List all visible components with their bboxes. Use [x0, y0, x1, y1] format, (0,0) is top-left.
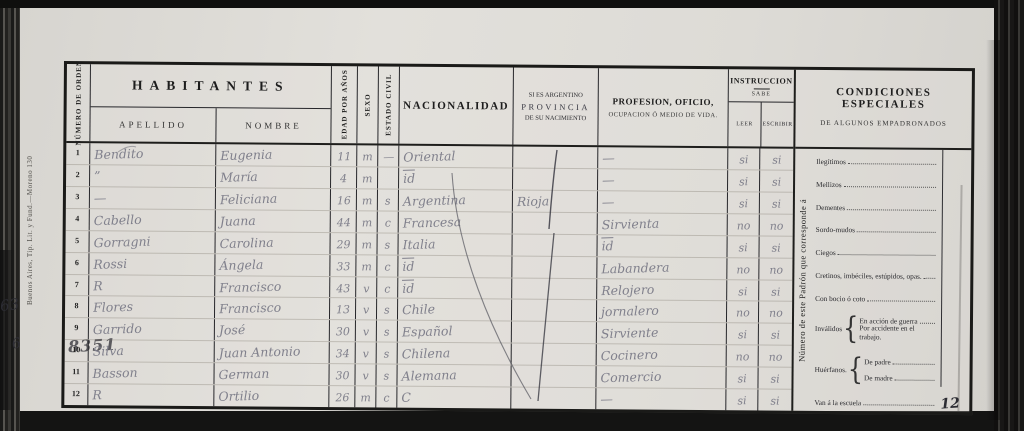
cell-provincia: [511, 366, 596, 388]
handwritten-entry: Silva: [93, 343, 124, 359]
handwritten-entry: 33: [336, 260, 350, 273]
handwritten-entry: Comercio: [600, 369, 661, 386]
dotted-leader: [895, 379, 935, 380]
cell-estado: [378, 167, 399, 188]
dotted-leader: [847, 209, 936, 211]
handwritten-entry: m: [361, 260, 372, 273]
cell-nacionalidad: Chilena: [398, 343, 512, 365]
col-header-escribir: ESCRIBIR: [761, 102, 793, 146]
cell-provincia: [512, 344, 597, 366]
handwritten-entry: v: [363, 282, 370, 295]
cell-escribir: si: [758, 390, 791, 411]
cell-edad: 30: [330, 320, 356, 341]
cell-apellido: R: [89, 275, 215, 297]
table-header: NÚMERO DE ORDEN HABITANTES APELLIDO NOMB…: [66, 64, 794, 149]
cell-apellido: ”: [90, 165, 216, 187]
table-main-section: NÚMERO DE ORDEN HABITANTES APELLIDO NOMB…: [64, 64, 796, 411]
cell-escribir: si: [759, 324, 792, 345]
dotted-leader: [893, 363, 935, 364]
handwritten-entry: no: [735, 350, 749, 363]
cell-escribir: si: [760, 170, 793, 191]
col-header-sexo: SEXO: [357, 66, 379, 143]
handwritten-entry: m: [362, 150, 373, 163]
cell-edad: 43: [330, 277, 356, 298]
cell-provincia: [512, 300, 597, 322]
cell-nombre: Juana: [216, 210, 331, 232]
col-header-profesion: PROFESION, OFICIO, OCUPACION Ó MEDIO DE …: [598, 68, 729, 146]
cell-num: 9: [65, 318, 89, 339]
handwritten-entry: Rioja: [517, 193, 550, 209]
handwritten-entry: si: [739, 197, 749, 210]
handwritten-entry: —: [602, 194, 615, 209]
handwritten-entry: 30: [335, 369, 349, 382]
handwritten-entry: si: [738, 241, 748, 254]
cell-edad: 30: [329, 364, 355, 385]
handwritten-entry: Eugenia: [220, 147, 272, 163]
cell-nombre: Carolina: [215, 232, 330, 254]
cell-nombre: Eugenia: [216, 144, 331, 166]
cell-edad: 16: [331, 189, 357, 210]
cell-escribir: no: [760, 214, 793, 235]
cell-provincia: [513, 147, 598, 169]
cell-edad: 44: [331, 211, 357, 232]
cell-estado: s: [377, 343, 398, 364]
condition-item: Ciegos: [815, 245, 937, 258]
margin-scribble: 63: [0, 295, 20, 315]
cell-provincia: [512, 278, 597, 300]
scan-edge-top: [0, 0, 1024, 8]
cell-nombre: Feliciana: [216, 188, 331, 210]
cell-nombre: Ángela: [215, 254, 330, 276]
cell-profesion: Cocinero: [597, 344, 727, 366]
cell-apellido: Garrido: [89, 319, 215, 341]
habitantes-title: HABITANTES: [91, 64, 331, 109]
handwritten-entry: Español: [402, 324, 453, 340]
handwritten-entry: si: [737, 372, 747, 385]
cell-estado: s: [377, 233, 398, 254]
col-header-edad: EDAD POR AÑOS: [331, 66, 358, 143]
cell-nombre: José: [215, 320, 330, 342]
handwritten-entry: id: [601, 238, 613, 253]
handwritten-entry: m: [360, 391, 371, 404]
condition-item: Por accidente en el trabajo.: [859, 332, 937, 342]
handwritten-entry: v: [363, 326, 370, 339]
cell-sexo: v: [356, 277, 377, 298]
cell-leer: si: [728, 192, 760, 213]
cell-profesion: id: [597, 235, 727, 257]
handwritten-school-count: 12: [939, 395, 959, 412]
handwritten-entry: s: [384, 304, 390, 317]
handwritten-entry: —: [383, 150, 394, 163]
scanned-census-page: Buenos Aires, Tip. Lit. y Fund.—Moreno 1…: [0, 0, 1024, 431]
condition-item: De madre: [864, 373, 937, 383]
padron-vertical-label: Número de este Padrón que corresponde á: [796, 149, 812, 411]
handwritten-entry: ”: [94, 168, 101, 183]
handwritten-entry: —: [602, 172, 615, 187]
handwritten-entry: s: [384, 348, 390, 361]
handwritten-entry: Basson: [92, 365, 137, 381]
cell-leer: no: [727, 258, 759, 279]
handwritten-entry: 4: [340, 172, 347, 185]
col-header-estado-civil: ESTADO CIVIL: [378, 66, 400, 143]
handwritten-entry: Ortilio: [218, 388, 259, 404]
condiciones-body: Número de este Padrón que corresponde á …: [793, 149, 971, 412]
cell-nacionalidad: id: [398, 255, 512, 277]
table-body: 1BenditoEugenia11m—Oriental—sisi2”María4…: [64, 143, 793, 411]
cell-num: 12: [64, 384, 88, 405]
cell-sexo: m: [357, 189, 378, 210]
cell-nombre: Ortilio: [214, 385, 329, 407]
cell-nacionalidad: id: [398, 277, 512, 299]
condiciones-column: CONDICIONES ESPECIALES DE ALGUNOS EMPADR…: [793, 70, 972, 412]
cell-sexo: v: [356, 299, 377, 320]
cell-sexo: m: [356, 255, 377, 276]
cell-num: 5: [66, 231, 90, 252]
handwritten-entry: m: [361, 238, 372, 251]
cell-estado: c: [377, 255, 398, 276]
condition-item: Van á la escuela: [814, 395, 936, 408]
cell-nacionalidad: Francesa: [399, 211, 513, 233]
cell-sexo: m: [355, 386, 376, 407]
binding-shadow: [0, 250, 16, 410]
cell-provincia: [513, 212, 598, 234]
cell-profesion: —: [596, 388, 726, 410]
dotted-leader: [844, 186, 936, 188]
condition-item: Dementes: [816, 199, 938, 212]
cell-sexo: v: [355, 365, 376, 386]
col-header-leer: LEER: [728, 102, 761, 146]
cell-apellido: Gorragni: [90, 231, 216, 253]
handwritten-entry: Labandera: [601, 259, 669, 276]
cell-num: 11: [64, 362, 88, 383]
handwritten-entry: si: [737, 394, 747, 407]
handwritten-entry: v: [362, 348, 369, 361]
cell-sexo: v: [356, 343, 377, 364]
handwritten-entry: Flores: [93, 299, 133, 315]
cell-nacionalidad: Argentina: [399, 189, 513, 211]
cell-apellido: Basson: [88, 362, 214, 384]
handwritten-entry: si: [771, 285, 781, 298]
cell-estado: —: [378, 145, 399, 166]
handwritten-entry: c: [384, 260, 391, 273]
cell-edad: 11: [331, 145, 357, 166]
handwritten-entry: si: [771, 329, 781, 342]
condition-item: Ilegítimos: [816, 154, 938, 167]
handwritten-entry: 43: [336, 282, 350, 295]
cell-estado: s: [378, 189, 399, 210]
cell-sexo: m: [357, 211, 378, 232]
handwritten-entry: v: [363, 304, 370, 317]
cell-escribir: no: [759, 346, 792, 367]
cell-nombre: María: [216, 166, 331, 188]
dotted-leader: [848, 163, 936, 165]
handwritten-entry: si: [772, 153, 782, 166]
handwritten-entry: si: [770, 373, 780, 386]
handwritten-entry: s: [384, 370, 390, 383]
cell-escribir: no: [759, 258, 792, 279]
handwritten-entry: m: [362, 172, 373, 185]
handwritten-entry: Juan Antonio: [219, 344, 301, 361]
cell-num: 7: [65, 275, 89, 296]
cell-apellido: Cabello: [90, 209, 216, 231]
cell-escribir: si: [759, 236, 792, 257]
handwritten-entry: Sirviente: [601, 325, 659, 342]
handwritten-entry: Cabello: [94, 212, 142, 228]
cell-sexo: m: [356, 233, 377, 254]
condition-item: Con bocio ó coto: [815, 291, 937, 304]
cell-profesion: —: [598, 147, 728, 169]
handwritten-entry: Cocinero: [601, 347, 658, 364]
handwritten-entry: si: [772, 197, 782, 210]
cell-apellido: Flores: [89, 297, 215, 319]
condition-item: Sordo-mudos: [816, 222, 938, 235]
cell-leer: si: [727, 324, 759, 345]
col-group-instruccion: INSTRUCCION SABE LEER ESCRIBIR: [728, 69, 794, 147]
handwritten-entry: si: [738, 329, 748, 342]
cell-provincia: [512, 234, 597, 256]
handwritten-entry: 44: [336, 216, 350, 229]
dotted-leader: [924, 278, 936, 279]
cell-nacionalidad: id: [399, 168, 513, 190]
cell-estado: s: [377, 321, 398, 342]
handwritten-entry: m: [362, 194, 373, 207]
handwritten-entry: si: [739, 175, 749, 188]
handwritten-entry: s: [385, 238, 391, 251]
cell-estado: c: [376, 387, 397, 408]
cell-num: 8: [65, 296, 89, 317]
cell-sexo: m: [357, 167, 378, 188]
cell-nombre: Francisco: [215, 298, 330, 320]
cell-profesion: jornalero: [597, 301, 727, 323]
handwritten-entry: Ángela: [219, 256, 263, 272]
cell-nacionalidad: Chile: [398, 299, 512, 321]
cell-edad: 13: [330, 299, 356, 320]
handwritten-entry: Argentina: [403, 192, 466, 209]
condiciones-items: IlegítimosMellizosDementesSordo-mudosCie…: [810, 149, 938, 412]
handwritten-entry: id: [403, 170, 415, 185]
cell-apellido: Silva: [89, 341, 215, 363]
handwritten-entry: s: [384, 326, 390, 339]
col-header-provincia: SI ES ARGENTINO PROVINCIA DE SU NACIMIEN…: [513, 68, 599, 146]
handwritten-entry: Gorragni: [93, 233, 150, 250]
cell-provincia: [512, 322, 597, 344]
cell-nacionalidad: C: [397, 387, 511, 409]
cell-estado: c: [377, 277, 398, 298]
cell-estado: c: [378, 211, 399, 232]
brace-glyph: {: [843, 311, 859, 346]
handwritten-entry: 34: [335, 347, 349, 360]
handwritten-entry: Feliciana: [220, 191, 278, 208]
cell-num: 6: [65, 253, 89, 274]
cell-num: 1: [66, 143, 90, 164]
cell-nacionalidad: Oriental: [399, 146, 513, 168]
cell-provincia: [513, 168, 598, 190]
condition-item: Cretinos, imbéciles, estúpidos, opas.: [815, 268, 937, 281]
cell-leer: si: [728, 170, 760, 191]
col-header-apellido: APELLIDO: [90, 107, 216, 142]
header-divider: [753, 88, 769, 89]
cell-nombre: Francisco: [215, 276, 330, 298]
handwritten-entry: Alemana: [401, 367, 457, 383]
handwritten-entry: 11: [337, 150, 351, 163]
condition-item: De padre: [864, 357, 937, 367]
handwritten-entry: 16: [336, 194, 350, 207]
handwritten-entry: c: [383, 392, 390, 405]
handwritten-entry: Chilena: [402, 345, 451, 361]
handwritten-entry: 29: [336, 238, 350, 251]
condition-group: Huérfanos.{De padreDe madre: [814, 354, 936, 385]
handwritten-entry: no: [769, 263, 783, 276]
cell-leer: si: [728, 148, 760, 169]
cell-profesion: Relojero: [597, 279, 727, 301]
cell-leer: si: [726, 367, 758, 388]
handwritten-entry: Francisco: [219, 278, 281, 295]
dotted-leader: [857, 232, 936, 234]
cell-apellido: Rossi: [89, 253, 215, 275]
cell-sexo: m: [357, 145, 378, 166]
handwritten-entry: Carolina: [219, 234, 273, 250]
condition-group: Inválidos{En acción de guerraPor acciden…: [815, 313, 937, 344]
handwritten-entry: 30: [335, 325, 349, 338]
cell-profesion: Comercio: [596, 366, 726, 388]
handwritten-entry: Oriental: [403, 148, 456, 164]
cell-profesion: —: [598, 191, 728, 213]
handwritten-entry: German: [218, 366, 269, 382]
cell-leer: si: [727, 236, 759, 257]
handwritten-entry: 26: [335, 391, 349, 404]
handwritten-entry: 13: [335, 303, 349, 316]
handwritten-entry: Juana: [220, 213, 256, 229]
handwritten-entry: id: [402, 280, 414, 295]
cell-estado: s: [376, 365, 397, 386]
cell-provincia: Rioja: [513, 190, 598, 212]
handwritten-entry: no: [769, 307, 783, 320]
handwritten-entry: jornalero: [601, 303, 659, 320]
cell-estado: s: [377, 299, 398, 320]
brace-glyph: {: [848, 352, 864, 387]
cell-num: 3: [66, 187, 90, 208]
cell-nacionalidad: Español: [398, 321, 512, 343]
handwritten-entry: —: [94, 190, 107, 205]
handwritten-entry: María: [220, 169, 258, 185]
cell-apellido: —: [90, 187, 216, 209]
cell-apellido: R: [88, 384, 214, 406]
handwritten-entry: si: [772, 175, 782, 188]
handwritten-entry: v: [362, 370, 369, 383]
cell-leer: no: [728, 214, 760, 235]
handwritten-entry: no: [736, 219, 750, 232]
cell-provincia: [512, 256, 597, 278]
handwritten-entry: Francesa: [403, 214, 462, 231]
handwritten-entry: m: [361, 216, 372, 229]
dotted-leader: [838, 254, 936, 256]
handwritten-entry: —: [602, 150, 615, 165]
handwritten-entry: Bendito: [94, 146, 144, 162]
handwritten-entry: Sirvienta: [602, 215, 660, 232]
cell-nombre: German: [214, 363, 329, 385]
handwritten-entry: Francisco: [219, 300, 281, 317]
col-header-nacionalidad: NACIONALIDAD: [399, 67, 514, 145]
dotted-leader: [867, 300, 935, 302]
handwritten-entry: c: [384, 282, 391, 295]
cell-provincia: [511, 388, 596, 410]
cell-leer: no: [727, 346, 759, 367]
handwritten-entry: Rossi: [93, 256, 127, 272]
handwritten-entry: Relojero: [601, 281, 654, 297]
handwritten-entry: José: [219, 322, 246, 338]
cell-nombre: Juan Antonio: [215, 341, 330, 363]
handwritten-entry: s: [385, 194, 391, 207]
col-header-numero-orden: NÚMERO DE ORDEN: [66, 64, 91, 141]
handwritten-entry: no: [736, 307, 750, 320]
cell-num: 2: [66, 165, 90, 186]
handwritten-entry: Italia: [402, 236, 435, 252]
census-table: NÚMERO DE ORDEN HABITANTES APELLIDO NOMB…: [61, 61, 975, 415]
col-header-nombre: NOMBRE: [216, 108, 330, 143]
handwritten-entry: R: [93, 278, 103, 293]
col-header-condiciones: CONDICIONES ESPECIALES DE ALGUNOS EMPADR…: [795, 70, 972, 150]
condiciones-answer-rule: [940, 150, 943, 387]
cell-sexo: v: [356, 321, 377, 342]
handwritten-entry: no: [769, 219, 783, 232]
cell-num: 10: [65, 340, 89, 361]
cell-edad: 34: [330, 342, 356, 363]
handwritten-entry: Chile: [402, 302, 435, 318]
cell-edad: 29: [330, 233, 356, 254]
page-edge-shadow: [986, 40, 1000, 420]
cell-escribir: no: [759, 302, 792, 323]
cell-leer: si: [727, 280, 759, 301]
handwritten-entry: c: [384, 216, 391, 229]
cell-escribir: si: [759, 280, 792, 301]
handwritten-entry: si: [738, 285, 748, 298]
cell-nacionalidad: Alemana: [397, 365, 511, 387]
handwritten-entry: R: [92, 387, 102, 402]
handwritten-entry: no: [736, 263, 750, 276]
handwritten-entry: si: [771, 241, 781, 254]
cell-escribir: si: [758, 368, 791, 389]
handwritten-entry: si: [770, 395, 780, 408]
cell-edad: 26: [329, 386, 355, 407]
cell-profesion: Sirvienta: [598, 213, 728, 235]
condition-item: Mellizos: [816, 177, 938, 190]
cell-profesion: Labandera: [597, 257, 727, 279]
handwritten-entry: si: [739, 153, 749, 166]
printer-imprint: Buenos Aires, Tip. Lit. y Fund.—Moreno 1…: [26, 140, 40, 320]
cell-profesion: —: [598, 169, 728, 191]
cell-apellido: Bendito: [90, 143, 216, 165]
handwritten-entry: —: [600, 391, 613, 406]
table-row: 12ROrtilio26mcC—sisi: [64, 384, 791, 411]
cell-escribir: si: [760, 192, 793, 213]
cell-edad: 4: [331, 167, 357, 188]
cell-profesion: Sirviente: [597, 323, 727, 345]
cell-escribir: si: [760, 148, 793, 169]
col-group-habitantes: HABITANTES APELLIDO NOMBRE: [90, 64, 332, 143]
dotted-leader: [863, 404, 934, 406]
handwritten-entry: Garrido: [93, 321, 142, 337]
cell-num: 4: [66, 209, 90, 230]
handwritten-entry: no: [768, 351, 782, 364]
cell-leer: no: [727, 302, 759, 323]
cell-edad: 33: [330, 255, 356, 276]
cell-leer: si: [726, 389, 758, 410]
handwritten-entry: C: [401, 390, 411, 405]
handwritten-entry: id: [402, 258, 414, 273]
cell-nacionalidad: Italia: [398, 233, 512, 255]
